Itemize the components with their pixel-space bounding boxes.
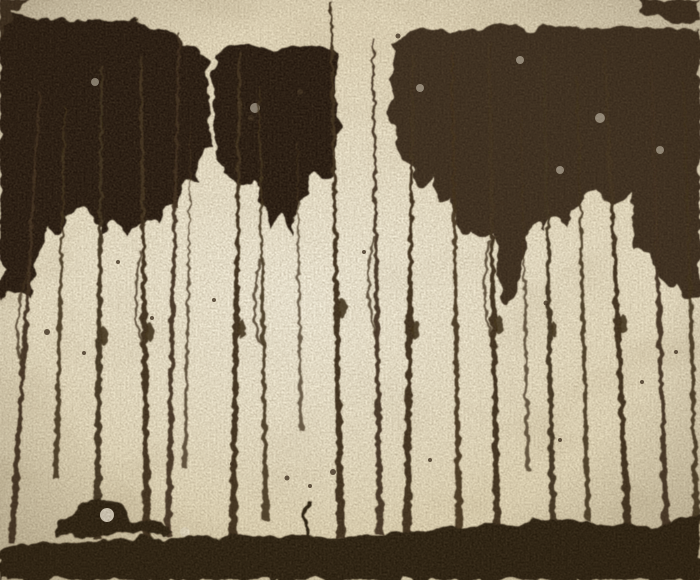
photo-svg <box>0 0 700 580</box>
photograph <box>0 0 700 580</box>
vignette <box>0 0 700 580</box>
